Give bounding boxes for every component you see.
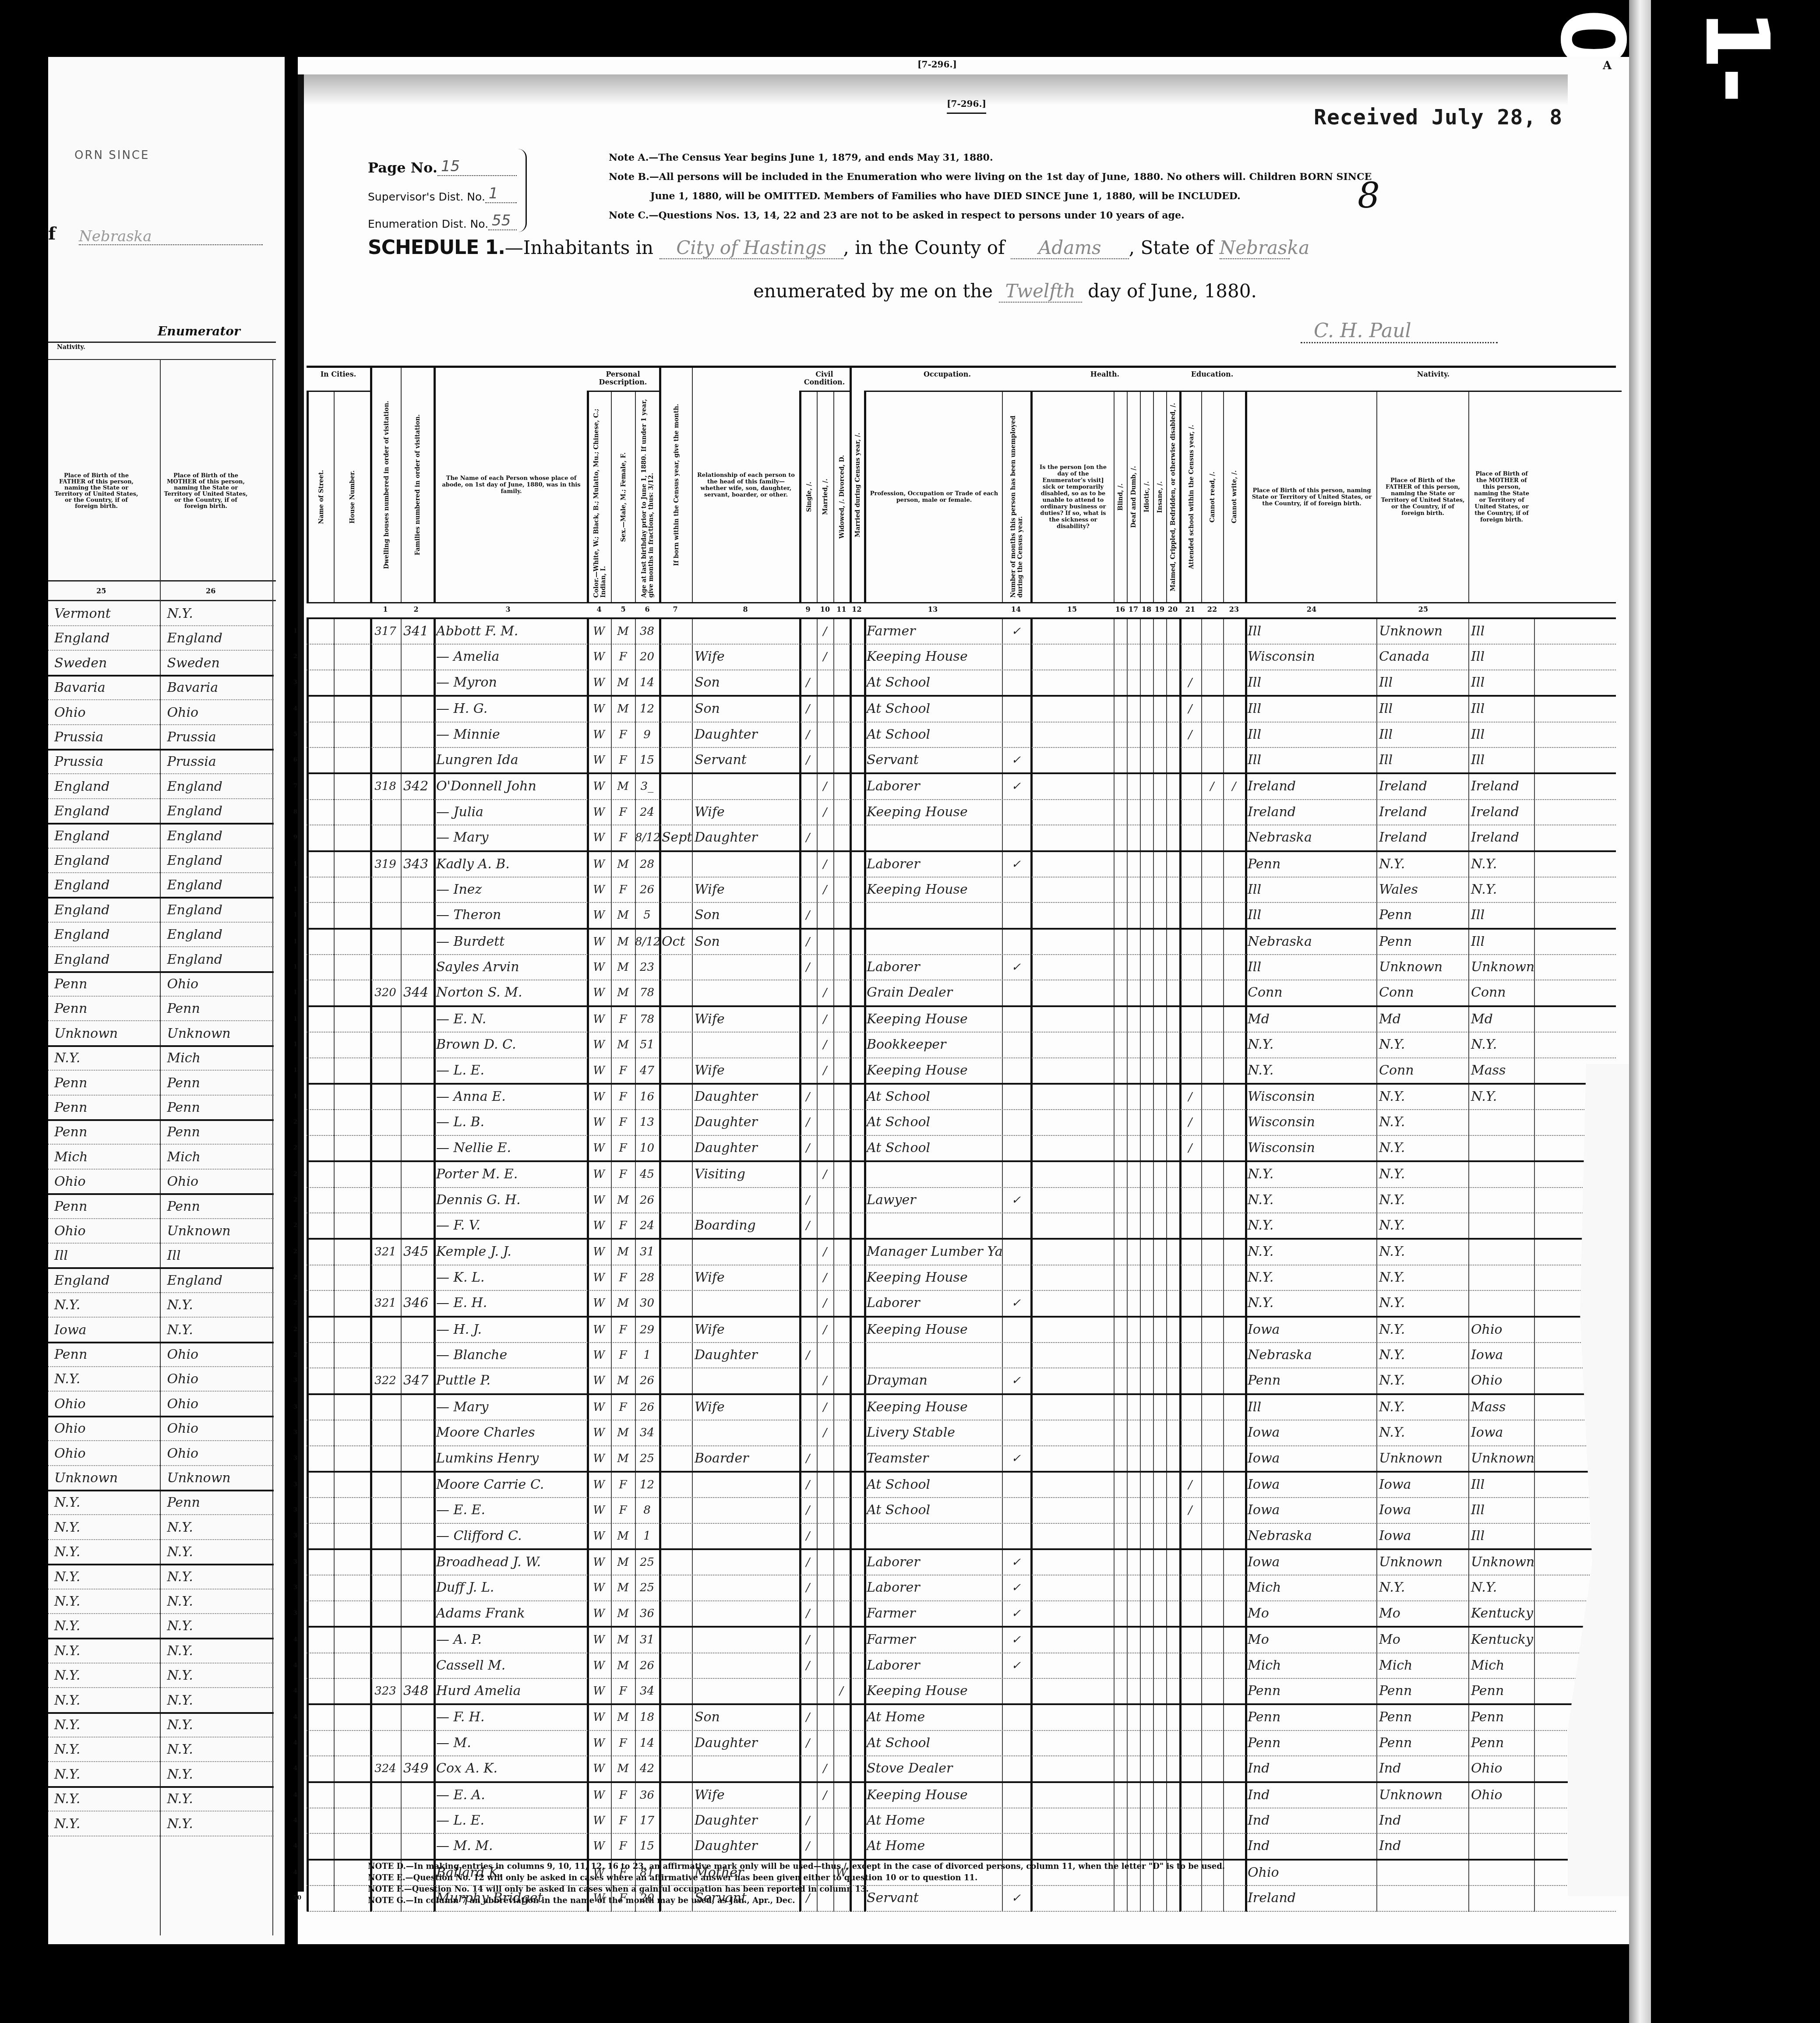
widowed-mark <box>833 1318 850 1342</box>
mother-birthplace <box>1468 1213 1534 1238</box>
cannot-write-mark <box>1223 1550 1245 1575</box>
birthplace: Ind <box>1245 1808 1376 1833</box>
widowed-mark <box>833 670 850 695</box>
relationship: Daughter <box>692 825 799 850</box>
married-mark: / <box>817 619 833 644</box>
dwelling-number <box>370 1575 401 1600</box>
col-married-census-year: Married during Census year, /. <box>850 368 864 602</box>
dwelling-number <box>370 1420 401 1445</box>
family-number <box>401 825 434 850</box>
cannot-write-mark <box>1223 1834 1245 1858</box>
cannot-read-mark <box>1201 1705 1223 1730</box>
occupation <box>864 1343 1002 1367</box>
cannot-write-mark <box>1223 1705 1245 1730</box>
dwelling-number <box>370 1601 401 1626</box>
table-row: 19— Anna E.WF16Daughter/At School/Wiscon… <box>307 1085 1616 1110</box>
person-name: — Mary <box>434 1395 587 1420</box>
unemployed-mark <box>1002 1395 1030 1420</box>
cannot-write-mark <box>1223 670 1245 695</box>
person-name: — L. E. <box>434 1058 587 1083</box>
married-mark: / <box>817 1007 833 1032</box>
family-number <box>401 1136 434 1160</box>
person-name: — Anna E. <box>434 1085 587 1109</box>
widowed-mark <box>833 1136 850 1160</box>
relationship: Son <box>692 670 799 695</box>
birth-month <box>659 1783 692 1808</box>
family-number <box>401 903 434 927</box>
cannot-write-mark <box>1223 878 1245 902</box>
table-row: 38Duff J. L.WM25/Laborer✓MichN.Y.N.Y. <box>307 1575 1616 1601</box>
father-birthplace: Unknown <box>48 1466 161 1490</box>
age: 36 <box>635 1783 659 1808</box>
color: W <box>587 825 611 850</box>
sex: F <box>611 1834 635 1858</box>
unemployed-mark: ✓ <box>1002 619 1030 644</box>
occupation: Laborer <box>864 774 1002 799</box>
cannot-write-mark <box>1223 1085 1245 1109</box>
birth-month: Sept <box>659 825 692 850</box>
occupation: Keeping House <box>864 878 1002 902</box>
mother-birthplace: Ireland <box>1468 825 1534 850</box>
col-cannot-write: Cannot write, /. <box>1223 392 1245 602</box>
married-mark: / <box>817 1291 833 1315</box>
married-mark: / <box>817 1756 833 1781</box>
mother-birthplace: Ill <box>1468 748 1534 772</box>
line-number: 7 <box>293 774 297 799</box>
sex: F <box>611 878 635 902</box>
father-birthplace: England <box>48 1269 161 1292</box>
birth-month <box>659 1524 692 1548</box>
sex: F <box>611 1110 635 1135</box>
married-mark <box>817 697 833 721</box>
unemployed-mark <box>1002 980 1030 1005</box>
dwelling-number <box>370 1136 401 1160</box>
widowed-mark <box>833 697 850 721</box>
single-mark: / <box>799 1834 817 1858</box>
birth-month <box>659 1033 692 1057</box>
unemployed-mark <box>1002 878 1030 902</box>
birthplace: Ill <box>1245 878 1376 902</box>
person-name: — H. G. <box>434 697 587 721</box>
color: W <box>587 1291 611 1315</box>
previous-page-row: PrussiaPrussia <box>48 726 274 751</box>
dwelling-number: 320 <box>370 980 401 1005</box>
unemployed-mark <box>1002 930 1030 954</box>
attended-school-mark: / <box>1179 1085 1201 1109</box>
relationship: Wife <box>692 878 799 902</box>
cannot-write-mark <box>1223 1162 1245 1187</box>
color: W <box>587 1240 611 1264</box>
mother-birthplace: Ohio <box>161 1343 274 1366</box>
table-row: 36— Clifford C.WM1/NebraskaIowaIll <box>307 1524 1616 1550</box>
father-birthplace: N.Y. <box>1376 852 1468 877</box>
father-birthplace: England <box>48 800 161 823</box>
family-number <box>401 930 434 954</box>
table-row: 43— F. H.WM18Son/At HomePennPennPenn <box>307 1705 1616 1730</box>
color: W <box>587 1783 611 1808</box>
cannot-read-mark <box>1201 1756 1223 1781</box>
birthplace: Ind <box>1245 1756 1376 1781</box>
line-number: 32 <box>293 1420 301 1445</box>
widowed-mark <box>833 1601 850 1626</box>
line-number: 42 <box>293 1679 301 1703</box>
mother-birthplace: N.Y. <box>1468 1033 1534 1057</box>
day-suffix: day of June, 1880. <box>1088 280 1257 302</box>
sex: M <box>611 1188 635 1212</box>
sex: F <box>611 800 635 825</box>
father-birthplace: Penn <box>1376 1705 1468 1730</box>
birthplace: Mich <box>1245 1575 1376 1600</box>
occupation: Farmer <box>864 1628 1002 1652</box>
father-birthplace: Ohio <box>48 1392 161 1416</box>
widowed-mark <box>833 1343 850 1367</box>
father-birthplace: N.Y. <box>48 1614 161 1638</box>
table-row: 21— Nellie E.WF10Daughter/At School/Wisc… <box>307 1136 1616 1162</box>
married-mark: / <box>817 1033 833 1057</box>
cannot-write-mark <box>1223 1808 1245 1833</box>
widowed-mark <box>833 1498 850 1523</box>
birth-month <box>659 878 692 902</box>
mother-birthplace: Ireland <box>1468 774 1534 799</box>
table-row: 11— InezWF26Wife/Keeping HouseIllWalesN.… <box>307 878 1616 903</box>
color: W <box>587 1679 611 1703</box>
attended-school-mark: / <box>1179 1110 1201 1135</box>
col25-number: 25 <box>96 587 106 595</box>
previous-page-row: N.Y.N.Y. <box>48 1614 274 1639</box>
col-widowed: Widowed, /. Divorced, D. <box>833 392 850 602</box>
note-d: NOTE D.—In making entries in columns 9, … <box>368 1861 1225 1872</box>
cannot-write-mark <box>1223 1058 1245 1083</box>
unemployed-mark <box>1002 1240 1030 1264</box>
relationship: Wife <box>692 800 799 825</box>
dwelling-number <box>370 697 401 721</box>
cannot-read-mark <box>1201 1240 1223 1264</box>
divider <box>48 342 276 343</box>
birthplace: Iowa <box>1245 1473 1376 1497</box>
father-birthplace: Penn <box>48 997 161 1020</box>
col-cannot-read: Cannot read, /. <box>1201 392 1223 602</box>
married-mark: / <box>817 1265 833 1290</box>
occupation <box>864 1524 1002 1548</box>
col-family: Families numbered in order of visitation… <box>401 368 434 602</box>
birthplace: Mo <box>1245 1601 1376 1626</box>
relationship <box>692 1420 799 1445</box>
cannot-read-mark <box>1201 1136 1223 1160</box>
person-name: — Burdett <box>434 930 587 954</box>
birth-month <box>659 1808 692 1833</box>
divider <box>48 580 276 582</box>
father-birthplace: N.Y. <box>1376 1033 1468 1057</box>
person-name: — M. M. <box>434 1834 587 1858</box>
previous-page-row: EnglandEngland <box>48 775 274 799</box>
birth-month <box>659 1420 692 1445</box>
color: W <box>587 852 611 877</box>
unemployed-mark <box>1002 1731 1030 1755</box>
occupation: At School <box>864 722 1002 747</box>
widowed-mark <box>833 800 850 825</box>
age: 31 <box>635 1240 659 1264</box>
family-number: 342 <box>401 774 434 799</box>
widowed-mark <box>833 1550 850 1575</box>
relationship <box>692 1679 799 1703</box>
person-name: — A. P. <box>434 1628 587 1652</box>
table-row: 34Moore Carrie C.WF12/At School/IowaIowa… <box>307 1473 1616 1498</box>
birth-month <box>659 1679 692 1703</box>
sex: F <box>611 825 635 850</box>
married-mark <box>817 1601 833 1626</box>
relationship: Daughter <box>692 1110 799 1135</box>
person-name: Moore Carrie C. <box>434 1473 587 1497</box>
dwelling-number <box>370 825 401 850</box>
single-mark <box>799 1679 817 1703</box>
married-mark <box>817 1653 833 1678</box>
previous-page-row: N.Y.N.Y. <box>48 1812 274 1836</box>
widowed-mark <box>833 1395 850 1420</box>
relationship <box>692 619 799 644</box>
father-birthplace: N.Y. <box>1376 1395 1468 1420</box>
col-dwelling: Dwelling houses numbered in order of vis… <box>370 368 401 602</box>
single-mark: / <box>799 1473 817 1497</box>
married-mark <box>817 1188 833 1212</box>
birthplace: N.Y. <box>1245 1291 1376 1315</box>
attended-school-mark <box>1179 1343 1201 1367</box>
mother-birthplace: Ill <box>1468 930 1534 954</box>
single-mark <box>799 1240 817 1264</box>
mother-birthplace: N.Y. <box>161 1738 274 1761</box>
relationship <box>692 1291 799 1315</box>
line-number: 4 <box>293 697 297 721</box>
schedule-title: SCHEDULE 1. <box>368 236 505 259</box>
attended-school-mark <box>1179 1420 1201 1445</box>
widowed-mark <box>833 825 850 850</box>
attended-school-mark <box>1179 903 1201 927</box>
person-name: — E. A. <box>434 1783 587 1808</box>
cannot-write-mark <box>1223 1524 1245 1548</box>
sex: M <box>611 852 635 877</box>
cannot-read-mark <box>1201 1110 1223 1135</box>
father-birthplace: Penn <box>1376 1679 1468 1703</box>
birthplace: Md <box>1245 1007 1376 1032</box>
dwelling-number <box>370 1188 401 1212</box>
single-mark <box>799 1756 817 1781</box>
color: W <box>587 722 611 747</box>
color: W <box>587 1731 611 1755</box>
relationship: Daughter <box>692 1808 799 1833</box>
unemployed-mark <box>1002 1834 1030 1858</box>
single-mark <box>799 1368 817 1393</box>
col-sex: Sex.—Male, M.; Female, F. <box>611 392 635 602</box>
line-number: 31 <box>293 1395 301 1420</box>
family-number <box>401 645 434 669</box>
relationship: Daughter <box>692 1731 799 1755</box>
cannot-read-mark <box>1201 1783 1223 1808</box>
cannot-write-mark <box>1223 1420 1245 1445</box>
unemployed-mark <box>1002 1498 1030 1523</box>
attended-school-mark <box>1179 930 1201 954</box>
relationship <box>692 1756 799 1781</box>
unemployed-mark <box>1002 1420 1030 1445</box>
table-row: 35— E. E.WF8/At School/IowaIowaIll <box>307 1498 1616 1523</box>
single-mark: / <box>799 930 817 954</box>
note-b1: Note B.—All persons will be included in … <box>609 167 1616 187</box>
widowed-mark <box>833 1808 850 1833</box>
enumerator-signature: C. H. Paul <box>1301 320 1498 343</box>
unemployed-mark <box>1002 1110 1030 1135</box>
age: 47 <box>635 1058 659 1083</box>
single-mark: / <box>799 722 817 747</box>
line-number: 38 <box>293 1575 301 1600</box>
previous-page-row: EnglandEngland <box>48 849 274 873</box>
sex: M <box>611 1653 635 1678</box>
sex: F <box>611 748 635 772</box>
widowed-mark <box>833 1575 850 1600</box>
father-birthplace: N.Y. <box>1376 1265 1468 1290</box>
age: 78 <box>635 980 659 1005</box>
married-mark: / <box>817 1420 833 1445</box>
birth-month <box>659 1213 692 1238</box>
line-number: 29 <box>293 1343 301 1367</box>
previous-page-row: SwedenSweden <box>48 652 274 677</box>
birthplace: Ill <box>1245 619 1376 644</box>
widowed-mark <box>833 1085 850 1109</box>
attended-school-mark <box>1179 980 1201 1005</box>
father-birthplace: Ind <box>1376 1756 1468 1781</box>
age: 15 <box>635 748 659 772</box>
table-body: 1317341Abbott F. M.WM38/Farmer✓IllUnknow… <box>307 619 1616 1912</box>
attended-school-mark <box>1179 1213 1201 1238</box>
mother-birthplace: Ill <box>1468 1498 1534 1523</box>
attended-school-mark <box>1179 645 1201 669</box>
father-birthplace: Mo <box>1376 1628 1468 1652</box>
widowed-mark: / <box>833 1679 850 1703</box>
single-mark: / <box>799 1731 817 1755</box>
age: 31 <box>635 1628 659 1652</box>
birthplace: Mo <box>1245 1628 1376 1652</box>
married-mark <box>817 1085 833 1109</box>
occupation <box>864 1213 1002 1238</box>
married-mark: / <box>817 774 833 799</box>
relationship <box>692 1188 799 1212</box>
father-birthplace: N.Y. <box>48 1367 161 1391</box>
supervisor-label: Supervisor's Dist. No. <box>368 190 485 203</box>
enumeration-value: 55 <box>488 212 517 230</box>
mother-birthplace: England <box>161 627 274 650</box>
cannot-read-mark <box>1201 748 1223 772</box>
cannot-read-mark <box>1201 1498 1223 1523</box>
previous-page-row: N.Y.N.Y. <box>48 1763 274 1788</box>
birthplace: Nebraska <box>1245 930 1376 954</box>
line-number: 47 <box>293 1808 301 1833</box>
col-married: Married, /. <box>817 392 833 602</box>
dwelling-number <box>370 1162 401 1187</box>
person-name: — Theron <box>434 903 587 927</box>
mother-birthplace <box>1468 1162 1534 1187</box>
cannot-read-mark <box>1201 1575 1223 1600</box>
sex: F <box>611 722 635 747</box>
line-number: 41 <box>293 1653 301 1678</box>
relationship: Son <box>692 697 799 721</box>
cannot-read-mark <box>1201 1808 1223 1833</box>
group-health: Health. <box>1030 368 1179 392</box>
occupation: At School <box>864 670 1002 695</box>
family-number <box>401 748 434 772</box>
table-row: 28— H. J.WF29Wife/Keeping HouseIowaN.Y.O… <box>307 1318 1616 1343</box>
father-birthplace: England <box>48 874 161 897</box>
person-name: Moore Charles <box>434 1420 587 1445</box>
single-mark <box>799 619 817 644</box>
birthplace: Ill <box>1245 697 1376 721</box>
previous-page-row: EnglandEngland <box>48 627 274 651</box>
cannot-read-mark <box>1201 1265 1223 1290</box>
birth-month <box>659 1291 692 1315</box>
sex: M <box>611 1705 635 1730</box>
attended-school-mark <box>1179 1705 1201 1730</box>
widowed-mark <box>833 1524 850 1548</box>
col-unemployed: Number of months this person has been un… <box>1002 392 1030 602</box>
birth-month: Oct <box>659 930 692 954</box>
family-number <box>401 1705 434 1730</box>
father-birthplace: N.Y. <box>48 1293 161 1317</box>
married-mark <box>817 1110 833 1135</box>
single-mark <box>799 774 817 799</box>
father-birthplace: N.Y. <box>48 1689 161 1712</box>
single-mark <box>799 645 817 669</box>
father-birthplace: N.Y. <box>1376 1213 1468 1238</box>
age: 3_ <box>635 774 659 799</box>
family-number <box>401 1524 434 1548</box>
cannot-read-mark <box>1201 1058 1223 1083</box>
occupation: Keeping House <box>864 645 1002 669</box>
line-number: 1 <box>293 619 297 644</box>
line-number: 36 <box>293 1524 301 1548</box>
cannot-write-mark <box>1223 1473 1245 1497</box>
person-name: Lumkins Henry <box>434 1446 587 1471</box>
birth-month <box>659 1368 692 1393</box>
table-row: 26— K. L.WF28Wife/Keeping HouseN.Y.N.Y. <box>307 1265 1616 1291</box>
received-stamp: Received July 28, 8 <box>1314 105 1563 130</box>
father-birthplace: N.Y. <box>1376 1420 1468 1445</box>
attended-school-mark <box>1179 1783 1201 1808</box>
relationship <box>692 1473 799 1497</box>
column-numbers: 1 2 3 4 5 6 7 8 9 10 11 12 13 14 15 16 1… <box>307 602 1616 619</box>
mother-birthplace: Penn <box>161 1096 274 1119</box>
attended-school-mark: / <box>1179 1498 1201 1523</box>
table-row: 1317341Abbott F. M.WM38/Farmer✓IllUnknow… <box>307 619 1616 645</box>
color: W <box>587 1420 611 1445</box>
family-number <box>401 1473 434 1497</box>
note-a: Note A.—The Census Year begins June 1, 1… <box>609 148 1616 167</box>
mother-birthplace: Kentucky <box>1468 1601 1534 1626</box>
cannot-read-mark <box>1201 1446 1223 1471</box>
family-number: 346 <box>401 1291 434 1315</box>
father-birthplace: Mo <box>1376 1601 1468 1626</box>
widowed-mark <box>833 930 850 954</box>
previous-page-row: EnglandEngland <box>48 923 274 947</box>
family-number: 341 <box>401 619 434 644</box>
age: 36 <box>635 1601 659 1626</box>
mother-birthplace: England <box>161 1269 274 1292</box>
dwelling-number <box>370 645 401 669</box>
mother-birthplace: Ohio <box>161 1367 274 1391</box>
occupation: Laborer <box>864 1550 1002 1575</box>
sex: M <box>611 955 635 980</box>
single-mark: / <box>799 1213 817 1238</box>
father-birthplace: N.Y. <box>48 1738 161 1761</box>
widowed-mark <box>833 1265 850 1290</box>
note-e: NOTE E.—Question No. 12 will only be ask… <box>368 1872 1225 1884</box>
married-mark: / <box>817 645 833 669</box>
single-mark: / <box>799 670 817 695</box>
